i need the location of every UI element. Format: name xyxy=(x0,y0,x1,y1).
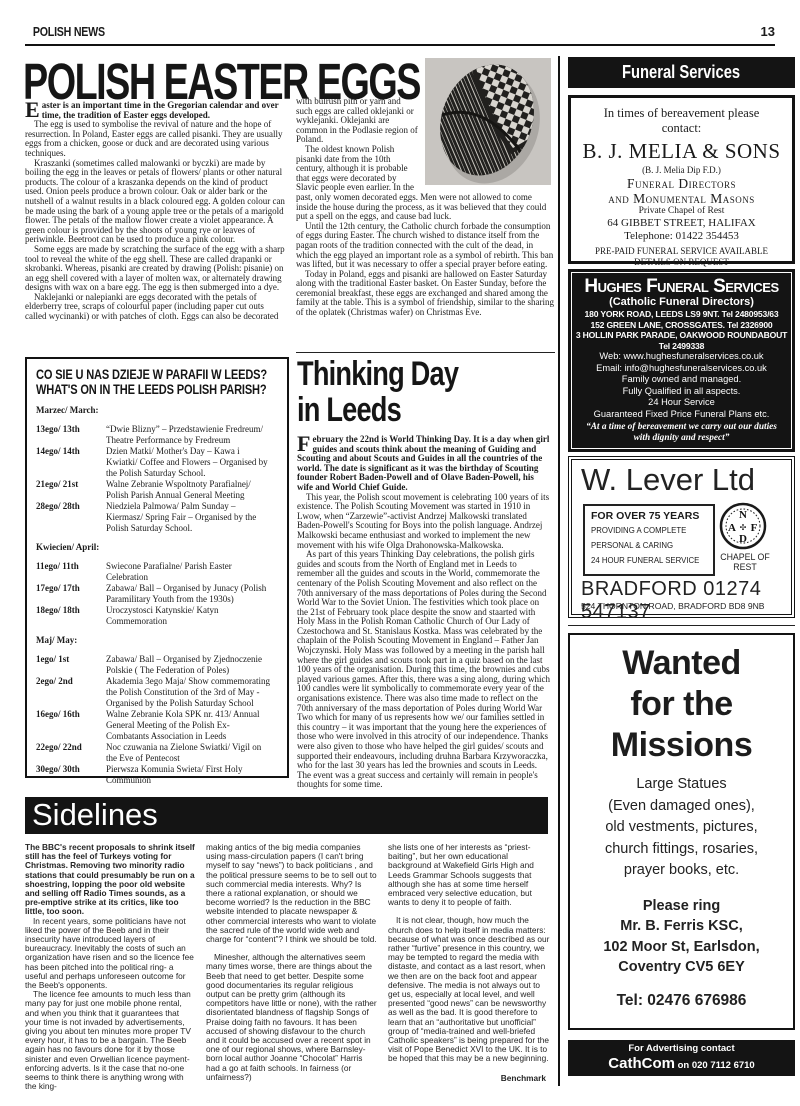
missions-items: Large Statues (Even damaged ones), old v… xyxy=(570,774,793,882)
section-divider xyxy=(296,352,555,353)
melia-contact-line: In times of bereavement please xyxy=(571,106,792,121)
parish-event: 30ego/ 30thPierwsza Komunia Swieta/ Firs… xyxy=(36,764,279,786)
hughes-feature: 24 Hour Service xyxy=(572,397,791,409)
easter-article-column-1: Easter is an important time in the Grego… xyxy=(25,101,287,353)
hughes-address: 180 YORK ROAD, LEEDS LS9 9NT. Tel 248095… xyxy=(572,309,791,320)
lever-years: FOR OVER 75 YEARS xyxy=(591,510,713,523)
lever-service-line: PROVIDING A COMPLETE xyxy=(591,523,713,538)
svg-text:F: F xyxy=(751,522,758,534)
melia-role: Funeral Directors xyxy=(571,176,792,191)
cathcom-advertising-bar: For Advertising contact CathCom on 020 7… xyxy=(568,1040,795,1076)
sidelines-title: Sidelines xyxy=(25,797,548,833)
melia-funeral-ad: In times of bereavement please contact: … xyxy=(568,95,795,264)
sidelines-column-3: she lists one of her interests as “pries… xyxy=(388,843,550,1103)
lever-service-line: PERSONAL & CARING xyxy=(591,538,713,553)
parish-event: 2ego/ 2ndAkademia 3ego Maja/ Show commem… xyxy=(36,676,279,709)
page-number: 13 xyxy=(761,24,775,39)
parish-event: 28ego/ 28thNiedziela Palmowa/ Palm Sunda… xyxy=(36,501,279,534)
hughes-address: 3 HOLLIN PARK PARADE, OAKWOOD ROUNDABOUT xyxy=(572,330,791,341)
melia-prepaid: PRE-PAID FUNERAL SERVICE AVAILABLEDETAIL… xyxy=(571,246,792,267)
parish-schedule: Marzec/ March: 13ego/ 13th“Dwie Blizny” … xyxy=(36,405,279,786)
hughes-motto: “At a time of bereavement we carry out o… xyxy=(572,422,791,444)
sidelines-paragraph: making antics of the big media companies… xyxy=(206,843,378,944)
hughes-funeral-ad: Hughes Funeral Services (Catholic Funera… xyxy=(568,269,795,452)
easter-paragraph: Until the 12th century, the Catholic chu… xyxy=(296,222,555,270)
missions-title: Wanted for the Missions xyxy=(570,643,793,766)
cathcom-line: For Advertising contact xyxy=(568,1043,795,1055)
easter-paragraph: Today in Poland, eggs and pisanki are ha… xyxy=(296,270,555,318)
thinking-paragraph: This year, the Polish scout movement is … xyxy=(297,493,551,551)
melia-role: and Monumental Masons xyxy=(571,191,792,206)
svg-text:D: D xyxy=(739,533,747,545)
hughes-feature: Family owned and managed. xyxy=(572,374,791,386)
cathcom-contact: CathCom on 020 7112 6710 xyxy=(568,1055,795,1073)
sidelines-intro: The BBC's recent proposals to shrink its… xyxy=(25,843,197,917)
sidelines-paragraph: she lists one of her interests as “pries… xyxy=(388,843,550,907)
svg-text:✣: ✣ xyxy=(740,523,747,532)
newspaper-page: POLISH NEWS 13 POLISH EASTER EGGS xyxy=(0,0,800,1106)
parish-event: 18ego/ 18thUroczystosci Katynskie/ Katyn… xyxy=(36,605,279,627)
parish-event: 21ego/ 21stWalne Zebranie Wspoltnoty Par… xyxy=(36,479,279,501)
melia-contact-line: contact: xyxy=(571,121,792,136)
thinking-day-body: February the 22nd is World Thinking Day.… xyxy=(297,435,551,790)
hughes-email: Email: info@hughesfuneralservices.co.uk xyxy=(572,363,791,375)
melia-company-name: B. J. MELIA & SONS xyxy=(571,139,792,164)
parish-event: 11ego/ 11thSwiecone Parafialne/ Parish E… xyxy=(36,561,279,583)
missions-phone: Tel: 02476 676986 xyxy=(570,992,793,1010)
melia-qualification: (B. J. Melia Dip F.D.) xyxy=(571,164,792,176)
parish-event: 14ego/ 14thDzien Matki/ Mother's Day – K… xyxy=(36,446,279,479)
drop-cap: E xyxy=(25,101,42,119)
parish-event: 16ego/ 16thWalne Zebranie Kola SPK nr. 4… xyxy=(36,709,279,742)
header-rule xyxy=(25,44,775,46)
parish-event: 17ego/ 17thZabawa/ Ball – Organised by J… xyxy=(36,583,279,605)
hughes-feature: Guaranteed Fixed Price Funeral Plans etc… xyxy=(572,409,791,421)
parish-event: 22ego/ 22ndNoc czuwania na Zielone Swiat… xyxy=(36,742,279,764)
column-divider-rule xyxy=(558,56,560,1086)
hughes-ad-inner: Hughes Funeral Services (Catholic Funera… xyxy=(571,272,792,449)
hughes-phone: Tel 2499338 xyxy=(572,341,791,352)
thinking-intro-paragraph: February the 22nd is World Thinking Day.… xyxy=(297,435,551,493)
funeral-services-header-bar: Funeral Services xyxy=(568,57,795,88)
melia-phone: Telephone: 01422 354453 xyxy=(571,230,792,243)
melia-chapel: Private Chapel of Rest xyxy=(571,206,792,217)
hughes-company-name: Hughes Funeral Services xyxy=(572,277,791,296)
section-header: POLISH NEWS xyxy=(25,24,113,39)
image-wrap-spacer xyxy=(418,97,555,187)
lever-service-line: 24 HOUR FUNERAL SERVICE xyxy=(591,553,713,568)
thinking-day-headline: Thinking Day in Leeds xyxy=(297,356,551,428)
melia-address: 64 GIBBET STREET, HALIFAX xyxy=(571,217,792,230)
sidelines-column-1: The BBC's recent proposals to shrink its… xyxy=(25,843,197,1103)
lever-funeral-ad: W. Lever Ltd FOR OVER 75 YEARS PROVIDING… xyxy=(568,456,795,618)
easter-paragraph: Kraszanki (sometimes called malowanki or… xyxy=(25,159,287,245)
easter-paragraph: The egg is used to symbolise the revival… xyxy=(25,120,287,158)
nafd-badge-icon: N A F D ✣ xyxy=(719,502,767,550)
missions-wanted-ad: Wanted for the Missions Large Statues (E… xyxy=(568,633,795,1030)
easter-article-column-2: with bulrush pith or yarn and such eggs … xyxy=(296,97,555,353)
easter-paragraph: Some eggs are made by scratching the sur… xyxy=(25,245,287,293)
parish-month-label: Maj/ May: xyxy=(36,635,279,646)
sidelines-paragraph: Minesher, although the alternatives seem… xyxy=(206,953,378,1082)
missions-contact: Please ring Mr. B. Ferris KSC, 102 Moor … xyxy=(570,896,793,978)
easter-paragraph: Naklejanki or nalepianki are eggs decora… xyxy=(25,293,287,322)
hughes-subtitle: (Catholic Funeral Directors) xyxy=(572,296,791,309)
lever-chapel-of-rest: CHAPEL OFREST xyxy=(712,552,778,572)
hughes-feature: Fully Qualified in all aspects. xyxy=(572,386,791,398)
drop-cap: F xyxy=(297,435,312,453)
sidelines-paragraph: The licence fee amounts to much less tha… xyxy=(25,990,197,1091)
sidelines-header-bar: Sidelines xyxy=(25,797,548,834)
parish-box-title: CO SIE U NAS DZIEJE W PARAFII W LEEDS? W… xyxy=(36,367,279,397)
lever-company-name: W. Lever Ltd xyxy=(581,462,755,498)
sidelines-paragraph: In recent years, some politicians have n… xyxy=(25,917,197,991)
sidelines-byline: Benchmark xyxy=(388,1074,550,1083)
thinking-day-article: Thinking Day in Leeds February the 22nd … xyxy=(297,356,551,794)
sidelines-column-2: making antics of the big media companies… xyxy=(206,843,378,1103)
hughes-web: Web: www.hughesfuneralservices.co.uk xyxy=(572,351,791,363)
svg-text:N: N xyxy=(739,509,747,521)
parish-month-label: Kwiecien/ April: xyxy=(36,542,279,553)
parish-event: 1ego/ 1stZabawa/ Ball – Organised by Zje… xyxy=(36,654,279,676)
hughes-address: 152 GREEN LANE, CROSSGATES. Tel 2326900 xyxy=(572,320,791,331)
parish-month-label: Marzec/ March: xyxy=(36,405,279,416)
thinking-paragraph: As part of this years Thinking Day celeb… xyxy=(297,550,551,790)
sidebar-divider-rule xyxy=(568,625,795,626)
easter-intro-paragraph: Easter is an important time in the Grego… xyxy=(25,101,287,120)
lever-services-box: FOR OVER 75 YEARS PROVIDING A COMPLETE P… xyxy=(583,504,715,576)
parish-events-box: CO SIE U NAS DZIEJE W PARAFII W LEEDS? W… xyxy=(25,357,289,778)
svg-text:A: A xyxy=(728,522,736,534)
lever-address: 524 THORNTON ROAD, BRADFORD BD8 9NB xyxy=(581,601,765,611)
sidelines-paragraph: It is not clear, though, how much the ch… xyxy=(388,916,550,1063)
parish-event: 13ego/ 13th“Dwie Blizny” – Przedstawieni… xyxy=(36,424,279,446)
